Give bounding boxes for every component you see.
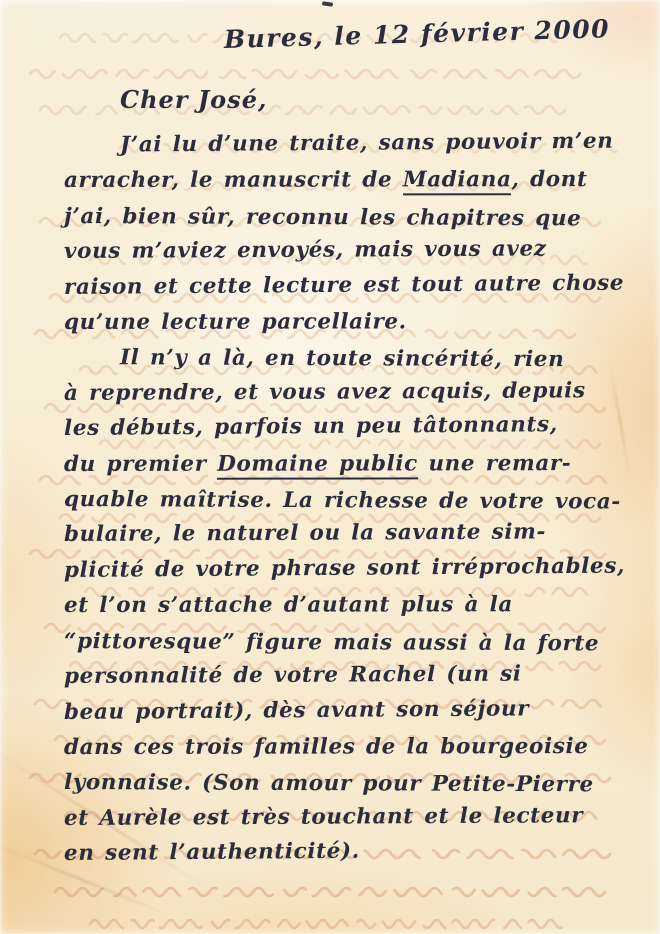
letter-line: du premier Domaine public une remar- [64,446,616,482]
letter-text: vous m’aviez envoyés, mais vous avez [64,237,547,265]
letter-line: J’ai lu d’une traite, sans pouvoir m’en [64,124,616,164]
letter-line: beau portrait), dès avant son séjour [64,690,616,730]
letter-text: une remar- [418,451,571,476]
letter-text: , dont [511,167,587,192]
letter-text: arracher, le manuscrit de [64,168,403,194]
letter-line: personnalité de votre Rachel (un si [64,656,616,694]
letter-text: “pittoresque” figure mais aussi à la for… [64,629,599,656]
letter-text: bulaire, le naturel ou la savante sim- [64,520,546,548]
letter-line: les débuts, parfois un peu tâtonnants, [64,407,616,447]
letter-text: plicité de votre phrase sont irréprochab… [64,553,625,582]
letter-page: Bures, le 12 février 2000 Cher José, J’a… [0,0,660,934]
letter-text: raison et cette lecture est tout autre c… [64,270,624,299]
letter-text: du premier [64,451,217,476]
letter-text: et Aurèle est très touchant et le lecteu… [64,803,583,831]
letter-text: quable maîtrise. La richesse de votre vo… [64,487,621,514]
letter-text: qu’une lecture parcellaire. [64,309,407,335]
letter-text: les débuts, parfois un peu tâtonnants, [64,412,558,441]
letter-line: bulaire, le naturel ou la savante sim- [64,515,616,553]
dateline: Bures, le 12 février 2000 [64,14,617,58]
underlined-title-madiana: Madiana [403,168,512,196]
letter-line: qu’une lecture parcellaire. [64,304,616,340]
letter-text: en sent l’authenticité). [64,839,360,866]
letter-text: et l’on s’attache d’autant plus à la [64,592,513,618]
letter-line: vous m’aviez envoyés, mais vous avez [64,231,616,269]
letter-content: Bures, le 12 février 2000 Cher José, J’a… [0,0,660,934]
letter-line: et l’on s’attache d’autant plus à la [64,587,616,623]
letter-line: plicité de votre phrase sont irréprochab… [64,549,616,589]
letter-line: à reprendre, et vous avez acquis, depuis [64,373,616,411]
letter-text: j’ai, bien sûr, reconnu les chapitres qu… [64,204,581,231]
letter-line: et Aurèle est très touchant et le lecteu… [64,798,616,836]
letter-body: J’ai lu d’une traite, sans pouvoir m’en … [64,128,616,872]
letter-line: lyonnaise. (Son amour pour Petite-Pierre [64,765,616,803]
letter-line: arracher, le manuscrit de Madiana, dont [64,162,616,198]
letter-text: lyonnaise. (Son amour pour Petite-Pierre [64,770,594,797]
letter-text: Il n’y a là, en toute sincérité, rien [120,346,564,373]
letter-line: en sent l’authenticité). [64,832,616,872]
letter-line: dans ces trois familles de la bourgeoisi… [64,729,616,765]
letter-text: à reprendre, et vous avez acquis, depuis [64,378,586,406]
letter-text: beau portrait), dès avant son séjour [64,696,529,725]
letter-text: personnalité de votre Rachel (un si [64,662,522,689]
letter-line: raison et cette lecture est tout autre c… [64,265,616,305]
letter-text: dans ces trois familles de la bourgeoisi… [64,734,589,760]
salutation: Cher José, [120,85,616,114]
letter-text: J’ai lu d’une traite, sans pouvoir m’en [120,129,614,158]
underlined-title-domaine-public: Domaine public [217,451,418,479]
